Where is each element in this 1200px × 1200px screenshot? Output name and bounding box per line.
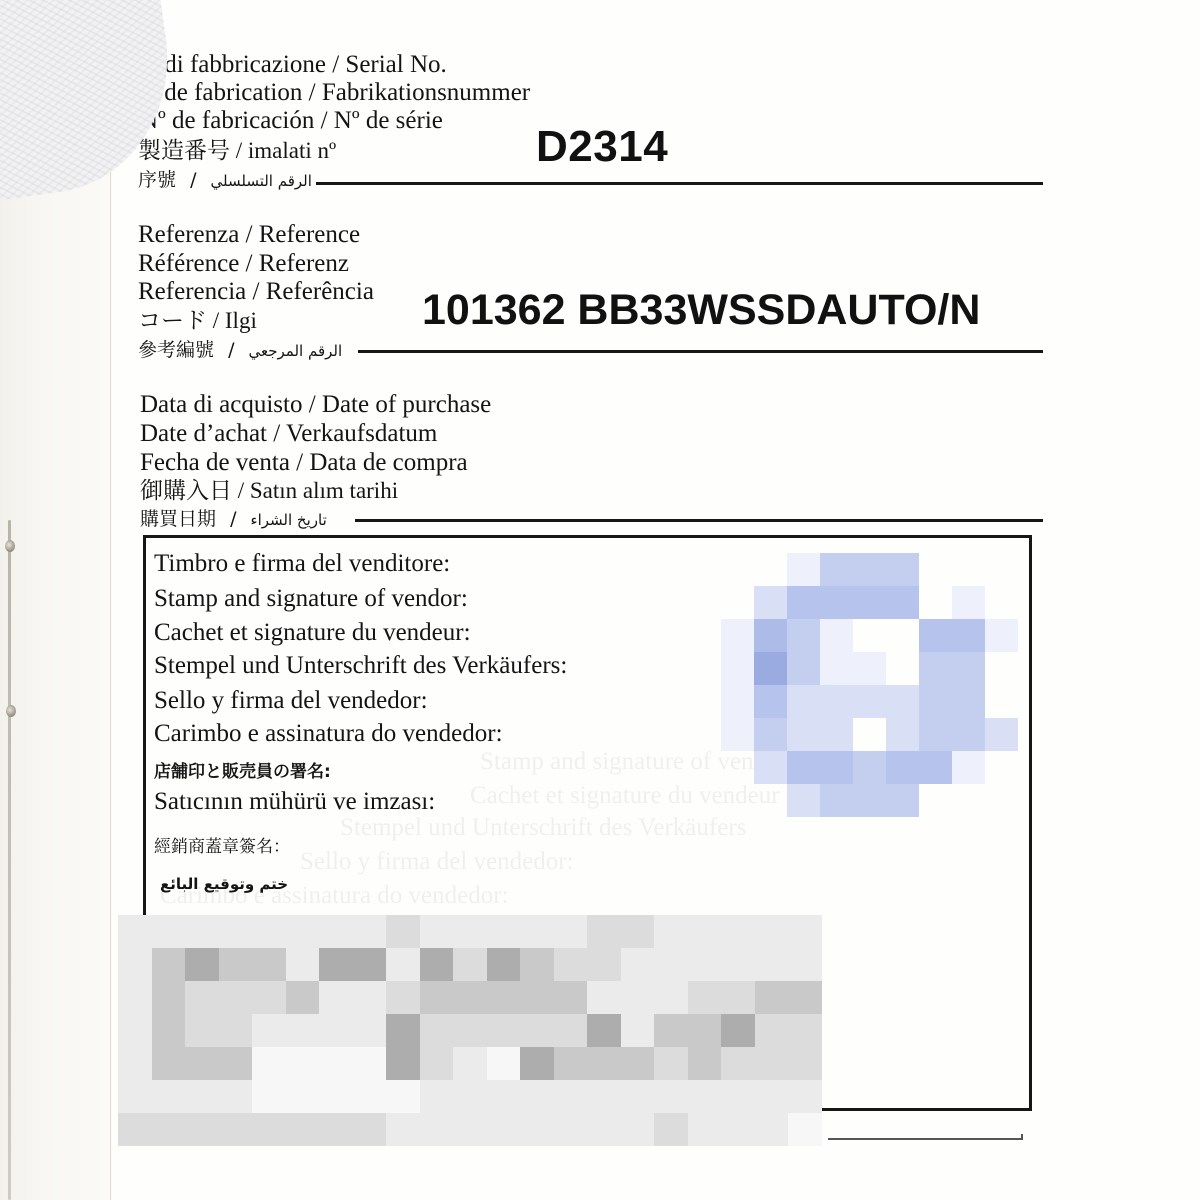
- vendor-label-ar: ختم وتوقيع البائع: [160, 869, 288, 899]
- serial-label-it-en: ° di fabbricazione / Serial No.: [148, 50, 447, 79]
- vendor-label-pt: Carimbo e assinatura do vendedor:: [154, 719, 503, 749]
- binding-thread: [8, 520, 11, 1200]
- separator: /: [190, 169, 196, 191]
- serial-label-fr-de: ° de fabrication / Fabrikationsnummer: [148, 78, 530, 107]
- reference-label-it-en: Referenza / Reference: [138, 220, 360, 249]
- reference-label-fr-de: Référence / Referenz: [138, 249, 349, 278]
- thread-knot: [6, 705, 16, 717]
- vendor-label-ja: 店舗印と販売員の署名:: [154, 757, 331, 787]
- date-label-es-pt: Fecha de venta / Data de compra: [140, 448, 468, 477]
- redacted-signature: [118, 915, 822, 1146]
- serial-label-zh-ar: 序號 / الرقم التسلسلي: [138, 166, 312, 196]
- vendor-label-tr: Satıcının mühürü ve imzası:: [154, 787, 435, 817]
- date-label-zh-ar: 購買日期 / تاريخ الشراء: [140, 505, 327, 535]
- reference-underline: [358, 350, 1043, 353]
- date-underline: [355, 519, 1043, 522]
- reference-label-ja-tr: コード / Ilgi: [138, 306, 257, 335]
- lower-rule: [828, 1138, 1023, 1140]
- reference-label-es-pt: Referencia / Referência: [138, 277, 374, 306]
- reference-number-value: 101362 BB33WSSDAUTO/N: [422, 286, 980, 335]
- reference-label-zh-ar: 參考編號 / الرقم المرجعي: [138, 336, 342, 366]
- vendor-label-en: Stamp and signature of vendor:: [154, 584, 468, 614]
- vendor-label-it: Timbro e firma del venditore:: [154, 549, 450, 579]
- serial-label-zh: 序號: [138, 169, 176, 191]
- vendor-label-fr: Cachet et signature du vendeur:: [154, 618, 471, 648]
- reference-label-zh: 參考編號: [138, 339, 214, 361]
- serial-number-value: D2314: [536, 122, 668, 172]
- separator: /: [228, 339, 234, 361]
- thread-knot: [5, 540, 15, 552]
- date-label-ja-tr: 御購入日 / Satın alım tarihi: [140, 476, 398, 505]
- page-edge: [110, 160, 111, 1200]
- date-label-zh: 購買日期: [140, 508, 216, 530]
- serial-underline: [316, 182, 1043, 185]
- redacted-stamp: [721, 553, 1018, 817]
- lower-rule-tick: [1021, 1134, 1023, 1140]
- photo-frame: Stamp and signature of vendor: Cachet et…: [0, 0, 1200, 1200]
- vendor-label-es: Sello y firma del vendedor:: [154, 686, 428, 716]
- date-label-fr-de: Date d’achat / Verkaufsdatum: [140, 419, 437, 448]
- serial-label-es-pt: Nº de fabricación / Nº de série: [140, 106, 443, 135]
- date-label-it-en: Data di acquisto / Date of purchase: [140, 390, 491, 419]
- serial-label-ar: الرقم التسلسلي: [211, 172, 312, 190]
- reference-label-ar: الرقم المرجعي: [249, 342, 343, 360]
- date-label-ar: تاريخ الشراء: [251, 511, 327, 529]
- separator: /: [230, 508, 236, 530]
- vendor-label-de: Stempel und Unterschrift des Verkäufers:: [154, 651, 567, 681]
- vendor-label-zh: 經銷商蓋章簽名：: [154, 832, 290, 862]
- serial-label-ja-tr: 製造番号 / imalati nº: [138, 136, 336, 165]
